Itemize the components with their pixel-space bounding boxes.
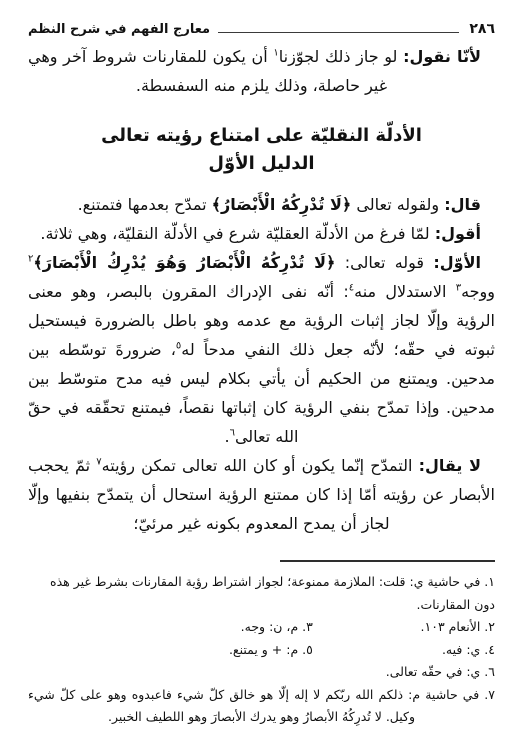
section-heading: الأدلّة النقليّة على امتناع رؤيته تعالى …	[28, 122, 495, 178]
footnote-7: ٧. في حاشية م: ذلكم الله ربّكم لا إله إل…	[28, 684, 495, 729]
footnote-4: ٤. ي: فيه.	[313, 639, 495, 662]
paragraph-text: ووجه	[461, 282, 495, 301]
footnote-row: ٢. الأنعام ١٠٣. ٣. م، ن: وجه.	[28, 616, 495, 639]
footnote-6: ٦. ي: في حقّه تعالى.	[28, 661, 495, 684]
book-page: ٢٨٦ معارج الفهم في شرح النظم لأنّا نقول:…	[0, 0, 521, 738]
paragraph-text: لمّا فرغ من الأدلّة العقليّة شرع في الأد…	[40, 224, 434, 243]
footnote-3: ٣. م، ن: وجه.	[28, 616, 313, 639]
footnote-2: ٢. الأنعام ١٠٣.	[313, 616, 495, 639]
paragraph-text: الاستدلال منه	[354, 282, 456, 301]
lead-word: لا يقال:	[419, 456, 481, 475]
footnote-row: ٤. ي: فيه. ٥. م: + و يمتنع.	[28, 639, 495, 662]
paragraph-text: ولقوله تعالى	[351, 195, 444, 214]
paragraph-dalil-awwal: الأوّل: قوله تعالى: ﴿لَا تُدْرِكُهُ الْأ…	[28, 248, 495, 451]
quran-quote: ﴿لَا تُدْرِكُهُ الْأَبْصَارُ﴾	[212, 195, 352, 214]
lead-word: الأوّل:	[433, 253, 481, 272]
section-title: الأدلّة النقليّة على امتناع رؤيته تعالى	[28, 122, 495, 150]
page-number: ٢٨٦	[469, 21, 495, 37]
footnotes-section: ١. في حاشية ي: قلت: الملازمة ممنوعة؛ لجو…	[28, 560, 495, 729]
book-title: معارج الفهم في شرح النظم	[28, 22, 210, 37]
paragraph-text: تمدّح بعدمها فتمتنع.	[78, 195, 212, 214]
running-header: ٢٨٦ معارج الفهم في شرح النظم	[28, 16, 495, 42]
section-subtitle: الدليل الأوّل	[28, 150, 495, 178]
quran-quote: ﴿لَا تُدْرِكُهُ الْأَبْصَارُ وَهُوَ يُدْ…	[33, 253, 335, 272]
lead-word: لأنّا نقول:	[403, 47, 481, 66]
paragraph-la-yuqal: لا يقال: التمدّح إنّما يكون أو كان الله …	[28, 451, 495, 538]
lead-word: قال:	[444, 195, 481, 214]
lead-word: أقول:	[435, 224, 481, 243]
footnote-5: ٥. م: + و يمتنع.	[28, 639, 313, 662]
paragraph-aqul: أقول: لمّا فرغ من الأدلّة العقليّة شرع ف…	[28, 219, 495, 248]
page-body: لأنّا نقول: لو جاز ذلك لجوّزنا١ أن يكون …	[28, 42, 495, 538]
footnote-1: ١. في حاشية ي: قلت: الملازمة ممنوعة؛ لجو…	[28, 571, 495, 616]
paragraph-text: قوله تعالى:	[335, 253, 433, 272]
paragraph-intro: لأنّا نقول: لو جاز ذلك لجوّزنا١ أن يكون …	[28, 42, 495, 100]
paragraph-text: لو جاز ذلك لجوّزنا	[279, 47, 403, 66]
header-rule	[218, 32, 459, 33]
footnotes-separator	[280, 560, 495, 562]
paragraph-qala: قال: ولقوله تعالى ﴿لَا تُدْرِكُهُ الْأَب…	[28, 190, 495, 219]
paragraph-text: التمدّح إنّما يكون أو كان الله تعالى تمك…	[102, 456, 419, 475]
